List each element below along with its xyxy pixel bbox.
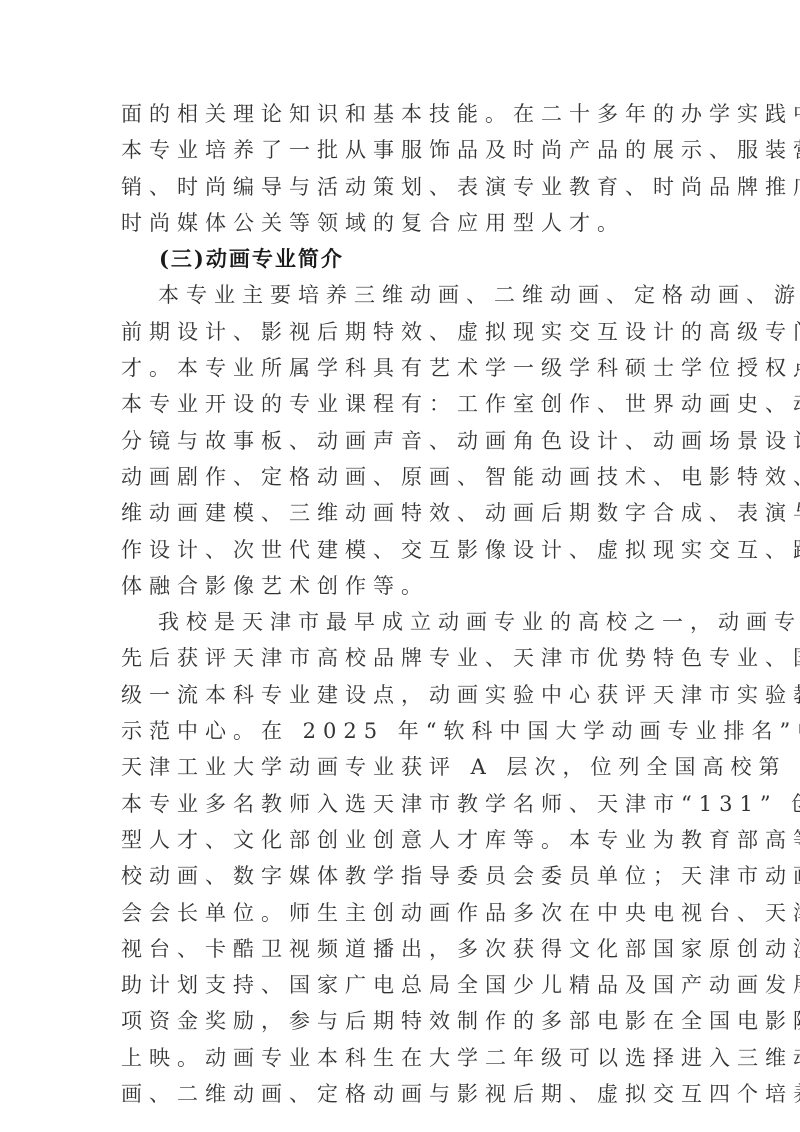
paragraph-line: 面的相关理论知识和基本技能。在二十多年的办学实践中， bbox=[121, 96, 701, 132]
document-body: 面的相关理论知识和基本技能。在二十多年的办学实践中， 本专业培养了一批从事服饰品… bbox=[121, 96, 701, 1112]
paragraph-line: 助计划支持、国家广电总局全国少儿精品及国产动画发展专 bbox=[121, 967, 701, 1003]
paragraph-line: 天津工业大学动画专业获评 A 层次，位列全国高校第 10 名。 bbox=[121, 749, 701, 785]
paragraph-line: 维动画建模、三维动画特效、动画后期数字合成、表演与动 bbox=[121, 495, 701, 531]
paragraph-line: 前期设计、影视后期特效、虚拟现实交互设计的高级专门人 bbox=[121, 314, 701, 350]
paragraph-line: 本专业培养了一批从事服饰品及时尚产品的展示、服装营 bbox=[121, 132, 701, 168]
paragraph-line: 型人才、文化部创业创意人才库等。本专业为教育部高等学 bbox=[121, 822, 701, 858]
paragraph-line: 我校是天津市最早成立动画专业的高校之一，动画专业 bbox=[121, 604, 701, 640]
paragraph-line: 动画剧作、定格动画、原画、智能动画技术、电影特效、三 bbox=[121, 459, 701, 495]
paragraph-line: 先后获评天津市高校品牌专业、天津市优势特色专业、国家 bbox=[121, 640, 701, 676]
paragraph-line: 级一流本科专业建设点，动画实验中心获评天津市实验教学 bbox=[121, 677, 701, 713]
paragraph-line: 本专业多名教师入选天津市教学名师、天津市“131” 创新 bbox=[121, 786, 701, 822]
paragraph-line: 本专业主要培养三维动画、二维动画、定格动画、游戏 bbox=[121, 277, 701, 313]
paragraph-line: 本专业开设的专业课程有：工作室创作、世界动画史、动画 bbox=[121, 386, 701, 422]
paragraph-line: 示范中心。在 2025 年“软科中国大学动画专业排名”中， bbox=[121, 713, 701, 749]
paragraph-line: 销、时尚编导与活动策划、表演专业教育、时尚品牌推广和 bbox=[121, 169, 701, 205]
paragraph-line: 分镜与故事板、动画声音、动画角色设计、动画场景设计、 bbox=[121, 423, 701, 459]
paragraph-line: 画、二维动画、定格动画与影视后期、虚拟交互四个培养方 bbox=[121, 1076, 701, 1112]
document-page: 面的相关理论知识和基本技能。在二十多年的办学实践中， 本专业培养了一批从事服饰品… bbox=[0, 0, 800, 1132]
paragraph-line: 作设计、次世代建模、交互影像设计、虚拟现实交互、跨媒 bbox=[121, 532, 701, 568]
paragraph-line: 视台、卡酷卫视频道播出，多次获得文化部国家原创动漫扶 bbox=[121, 931, 701, 967]
paragraph-line: 上映。动画专业本科生在大学二年级可以选择进入三维动 bbox=[121, 1040, 701, 1076]
paragraph-line: 才。本专业所属学科具有艺术学一级学科硕士学位授权点。 bbox=[121, 350, 701, 386]
paragraph-line: 会会长单位。师生主创动画作品多次在中央电视台、天津电 bbox=[121, 895, 701, 931]
section-heading: (三)动画专业简介 bbox=[121, 241, 701, 277]
paragraph-line: 体融合影像艺术创作等。 bbox=[121, 568, 701, 604]
paragraph-line: 项资金奖励，参与后期特效制作的多部电影在全国电影院线 bbox=[121, 1003, 701, 1039]
paragraph-line: 校动画、数字媒体教学指导委员会委员单位；天津市动画学 bbox=[121, 858, 701, 894]
paragraph-line: 时尚媒体公关等领域的复合应用型人才。 bbox=[121, 205, 701, 241]
